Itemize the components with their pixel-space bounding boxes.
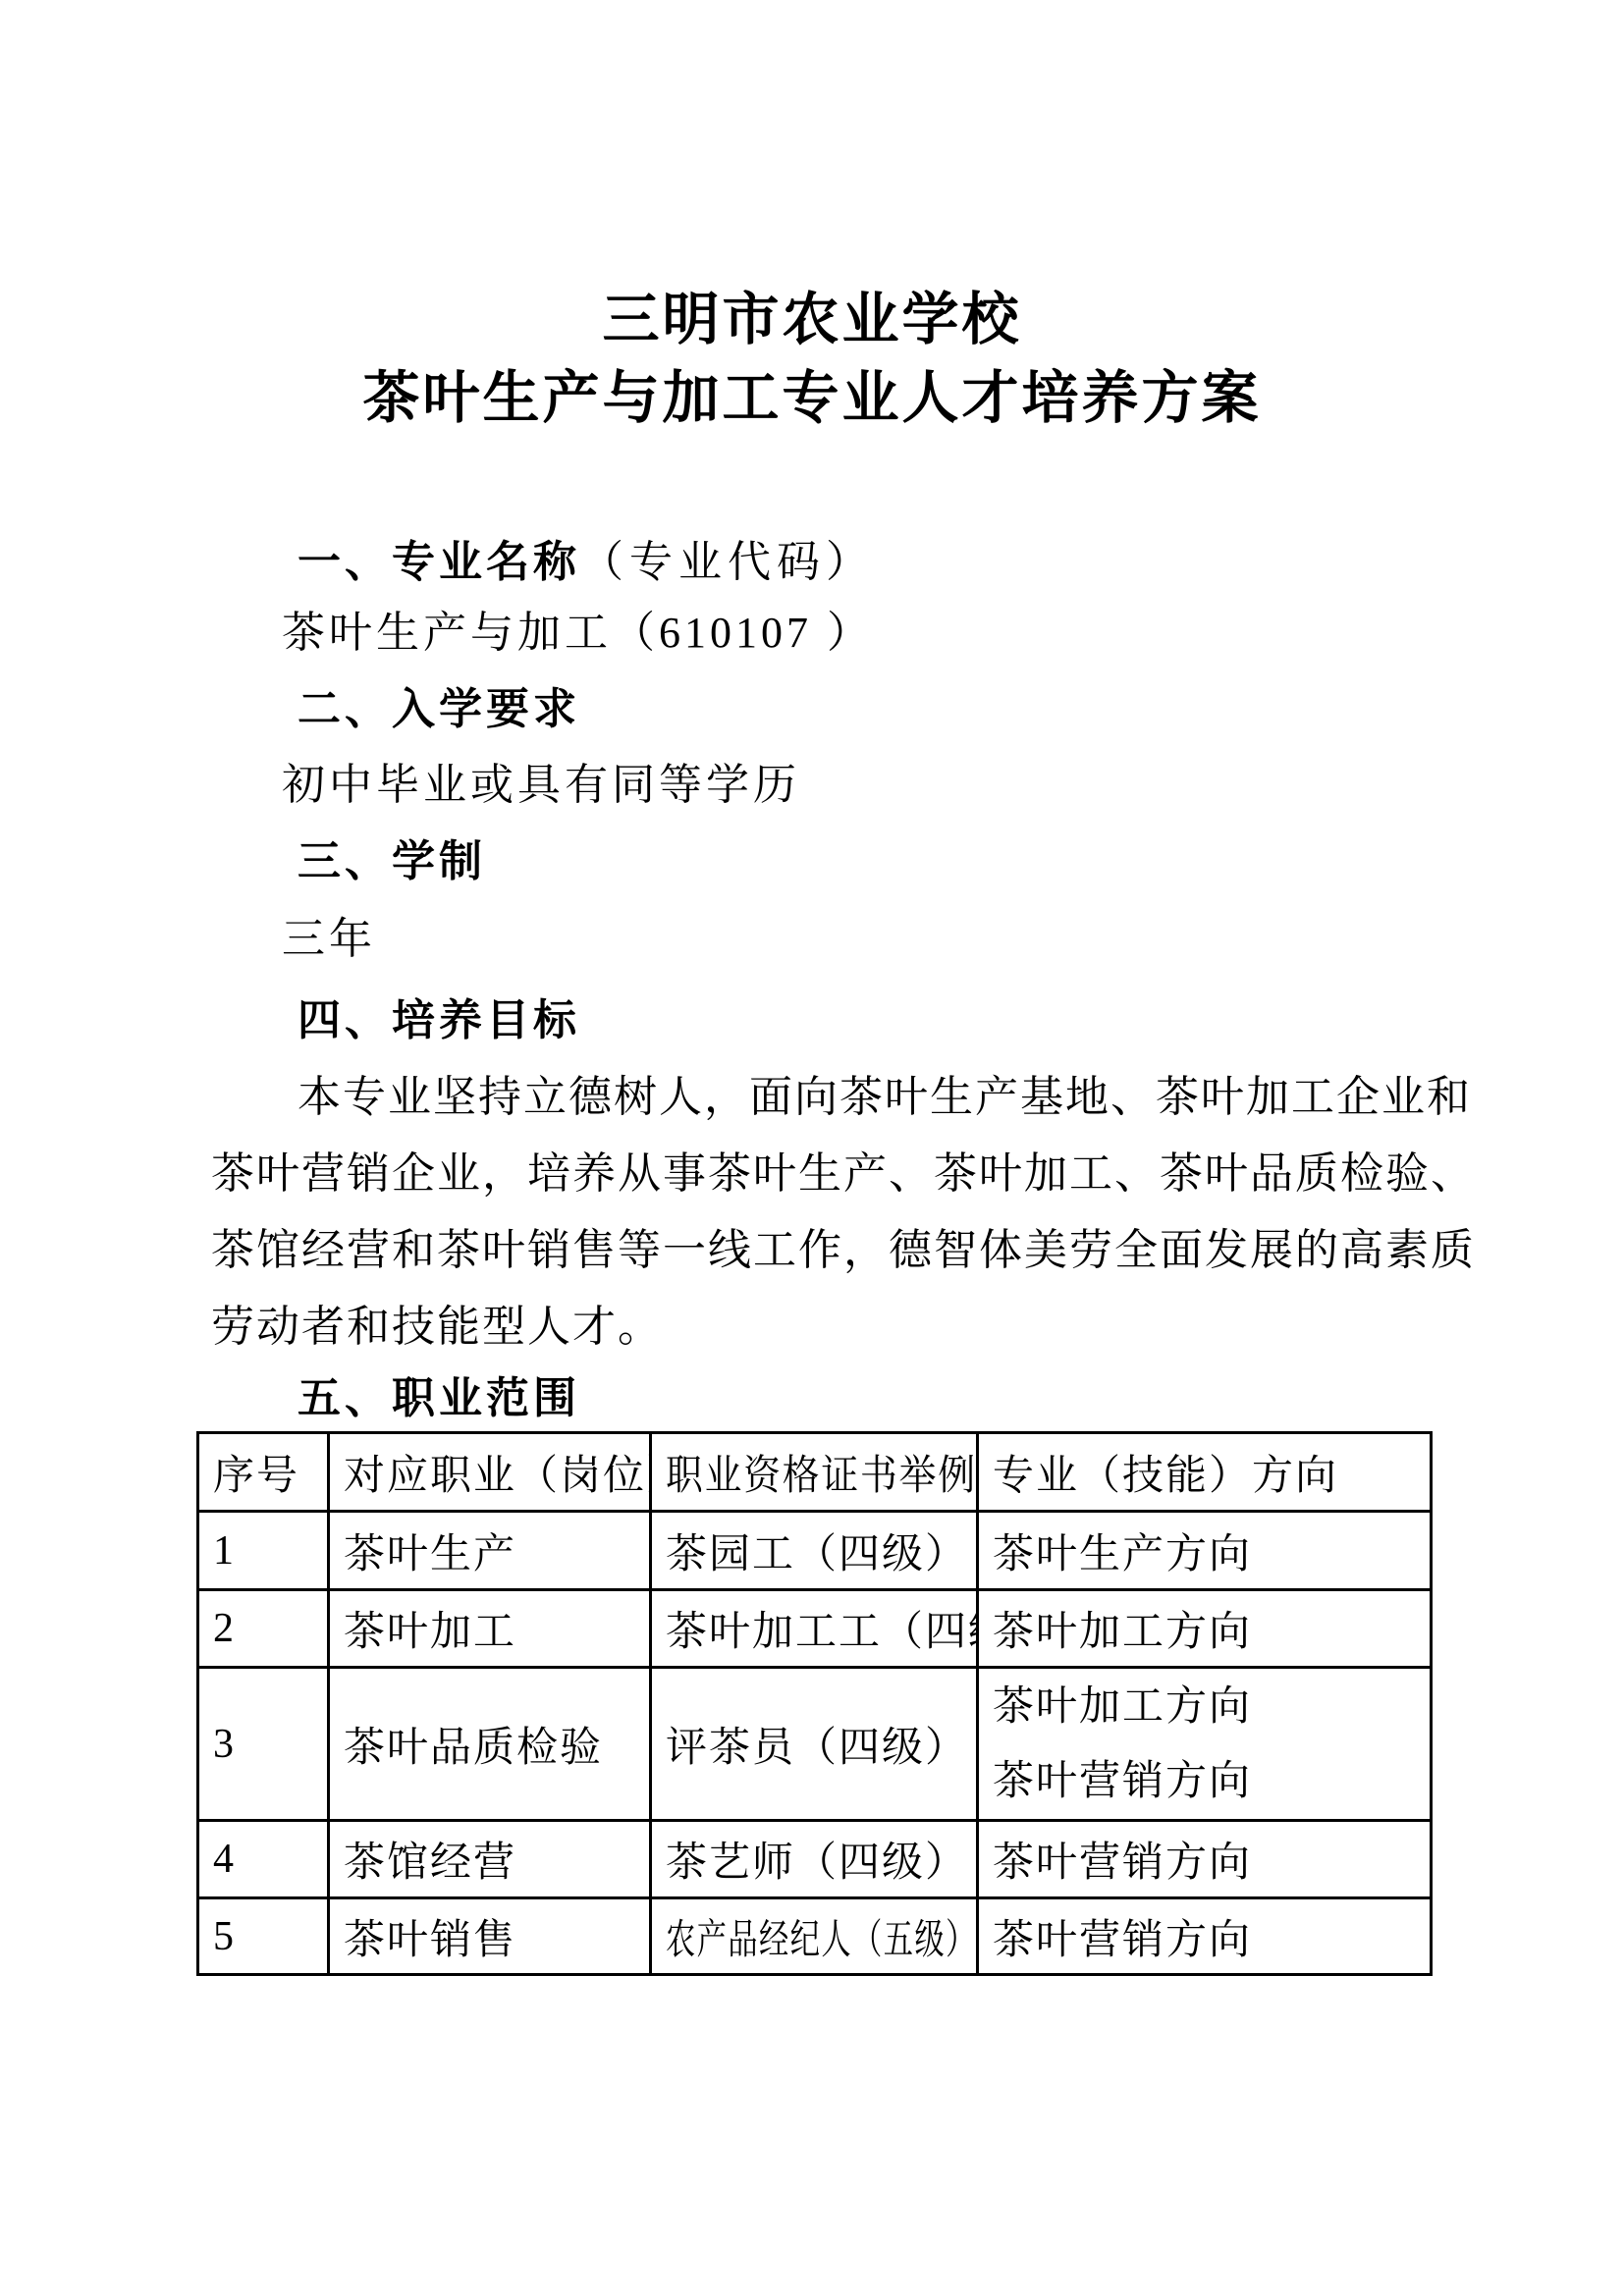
enrollment-requirement-value: 初中毕业或具有同等学历 bbox=[282, 764, 800, 807]
section-heading-professional-name-suffix: （专业代码） bbox=[580, 538, 875, 586]
cell-certificate-label: 农产品经纪人（五级） bbox=[666, 1907, 977, 1966]
table-header-row: 序号 对应职业（岗位） 职业资格证书举例 专业（技能）方向 bbox=[198, 1433, 1432, 1512]
section-heading-occupation-scope: 五、职业范围 bbox=[298, 1377, 580, 1420]
cell-occupation: 茶叶品质检验 bbox=[329, 1668, 651, 1821]
cell-occupation: 茶馆经营 bbox=[329, 1821, 651, 1898]
cell-certificate: 茶艺师（四级） bbox=[651, 1821, 978, 1898]
cell-serial-number: 3 bbox=[198, 1668, 329, 1821]
section-heading-professional-name-label: 一、专业名称 bbox=[298, 538, 580, 586]
section-heading-training-objectives: 四、培养目标 bbox=[298, 999, 580, 1042]
cell-direction: 茶叶加工方向 茶叶营销方向 bbox=[978, 1668, 1432, 1821]
table-header-certificate-label: 职业资格证书举例 bbox=[666, 1443, 977, 1502]
cell-occupation: 茶叶加工 bbox=[329, 1590, 651, 1668]
table-header-certificate: 职业资格证书举例 bbox=[651, 1433, 978, 1512]
table-row: 2 茶叶加工 茶叶加工工（四级） 茶叶加工方向 bbox=[198, 1590, 1432, 1668]
cell-direction: 茶叶生产方向 bbox=[978, 1512, 1432, 1590]
cell-certificate: 茶园工（四级） bbox=[651, 1512, 978, 1590]
document-title-line-1: 三明市农业学校 bbox=[0, 292, 1624, 348]
document-title-line-2: 茶叶生产与加工专业人才培养方案 bbox=[0, 370, 1624, 427]
cell-certificate: 评茶员（四级） bbox=[651, 1668, 978, 1821]
cell-certificate: 农产品经纪人（五级） bbox=[651, 1898, 978, 1975]
cell-occupation: 茶叶生产 bbox=[329, 1512, 651, 1590]
training-objectives-paragraph: 本专业坚持立德树人，面向茶叶生产基地、茶叶加工企业和 茶叶营销企业，培养从事茶叶… bbox=[211, 1059, 1480, 1365]
occupation-scope-table: 序号 对应职业（岗位） 职业资格证书举例 专业（技能）方向 1 茶叶生产 茶园工… bbox=[196, 1431, 1433, 1976]
table-row: 4 茶馆经营 茶艺师（四级） 茶叶营销方向 bbox=[198, 1821, 1432, 1898]
cell-direction-line: 茶叶营销方向 bbox=[993, 1744, 1430, 1819]
cell-direction: 茶叶加工方向 bbox=[978, 1590, 1432, 1668]
section-heading-professional-name: 一、专业名称（专业代码） bbox=[298, 541, 875, 584]
cell-direction-line: 茶叶加工方向 bbox=[993, 1670, 1430, 1744]
training-objective-line: 劳动者和技能型人才。 bbox=[211, 1289, 1480, 1365]
professional-name-value: 茶叶生产与加工（610107 ） bbox=[282, 612, 874, 655]
cell-certificate: 茶叶加工工（四级） bbox=[651, 1590, 978, 1668]
section-heading-schooling-length: 三、学制 bbox=[298, 840, 486, 883]
table-row: 1 茶叶生产 茶园工（四级） 茶叶生产方向 bbox=[198, 1512, 1432, 1590]
cell-serial-number: 1 bbox=[198, 1512, 329, 1590]
cell-direction: 茶叶营销方向 bbox=[978, 1898, 1432, 1975]
section-heading-enrollment-requirements: 二、入学要求 bbox=[298, 688, 580, 731]
cell-serial-number: 5 bbox=[198, 1898, 329, 1975]
training-objective-line: 本专业坚持立德树人，面向茶叶生产基地、茶叶加工企业和 bbox=[211, 1059, 1480, 1136]
table-row: 5 茶叶销售 农产品经纪人（五级） 茶叶营销方向 bbox=[198, 1898, 1432, 1975]
training-objective-line: 茶叶营销企业，培养从事茶叶生产、茶叶加工、茶叶品质检验、 bbox=[211, 1136, 1480, 1212]
table-row: 3 茶叶品质检验 评茶员（四级） 茶叶加工方向 茶叶营销方向 bbox=[198, 1668, 1432, 1821]
cell-direction: 茶叶营销方向 bbox=[978, 1821, 1432, 1898]
table-header-serial-number: 序号 bbox=[198, 1433, 329, 1512]
schooling-length-value: 三年 bbox=[282, 918, 376, 961]
training-objective-line: 茶馆经营和茶叶销售等一线工作，德智体美劳全面发展的高素质 bbox=[211, 1212, 1480, 1289]
table-header-direction: 专业（技能）方向 bbox=[978, 1433, 1432, 1512]
cell-serial-number: 2 bbox=[198, 1590, 329, 1668]
document-page: 三明市农业学校 茶叶生产与加工专业人才培养方案 一、专业名称（专业代码） 茶叶生… bbox=[0, 0, 1624, 2296]
cell-occupation: 茶叶销售 bbox=[329, 1898, 651, 1975]
cell-serial-number: 4 bbox=[198, 1821, 329, 1898]
table-header-occupation: 对应职业（岗位） bbox=[329, 1433, 651, 1512]
